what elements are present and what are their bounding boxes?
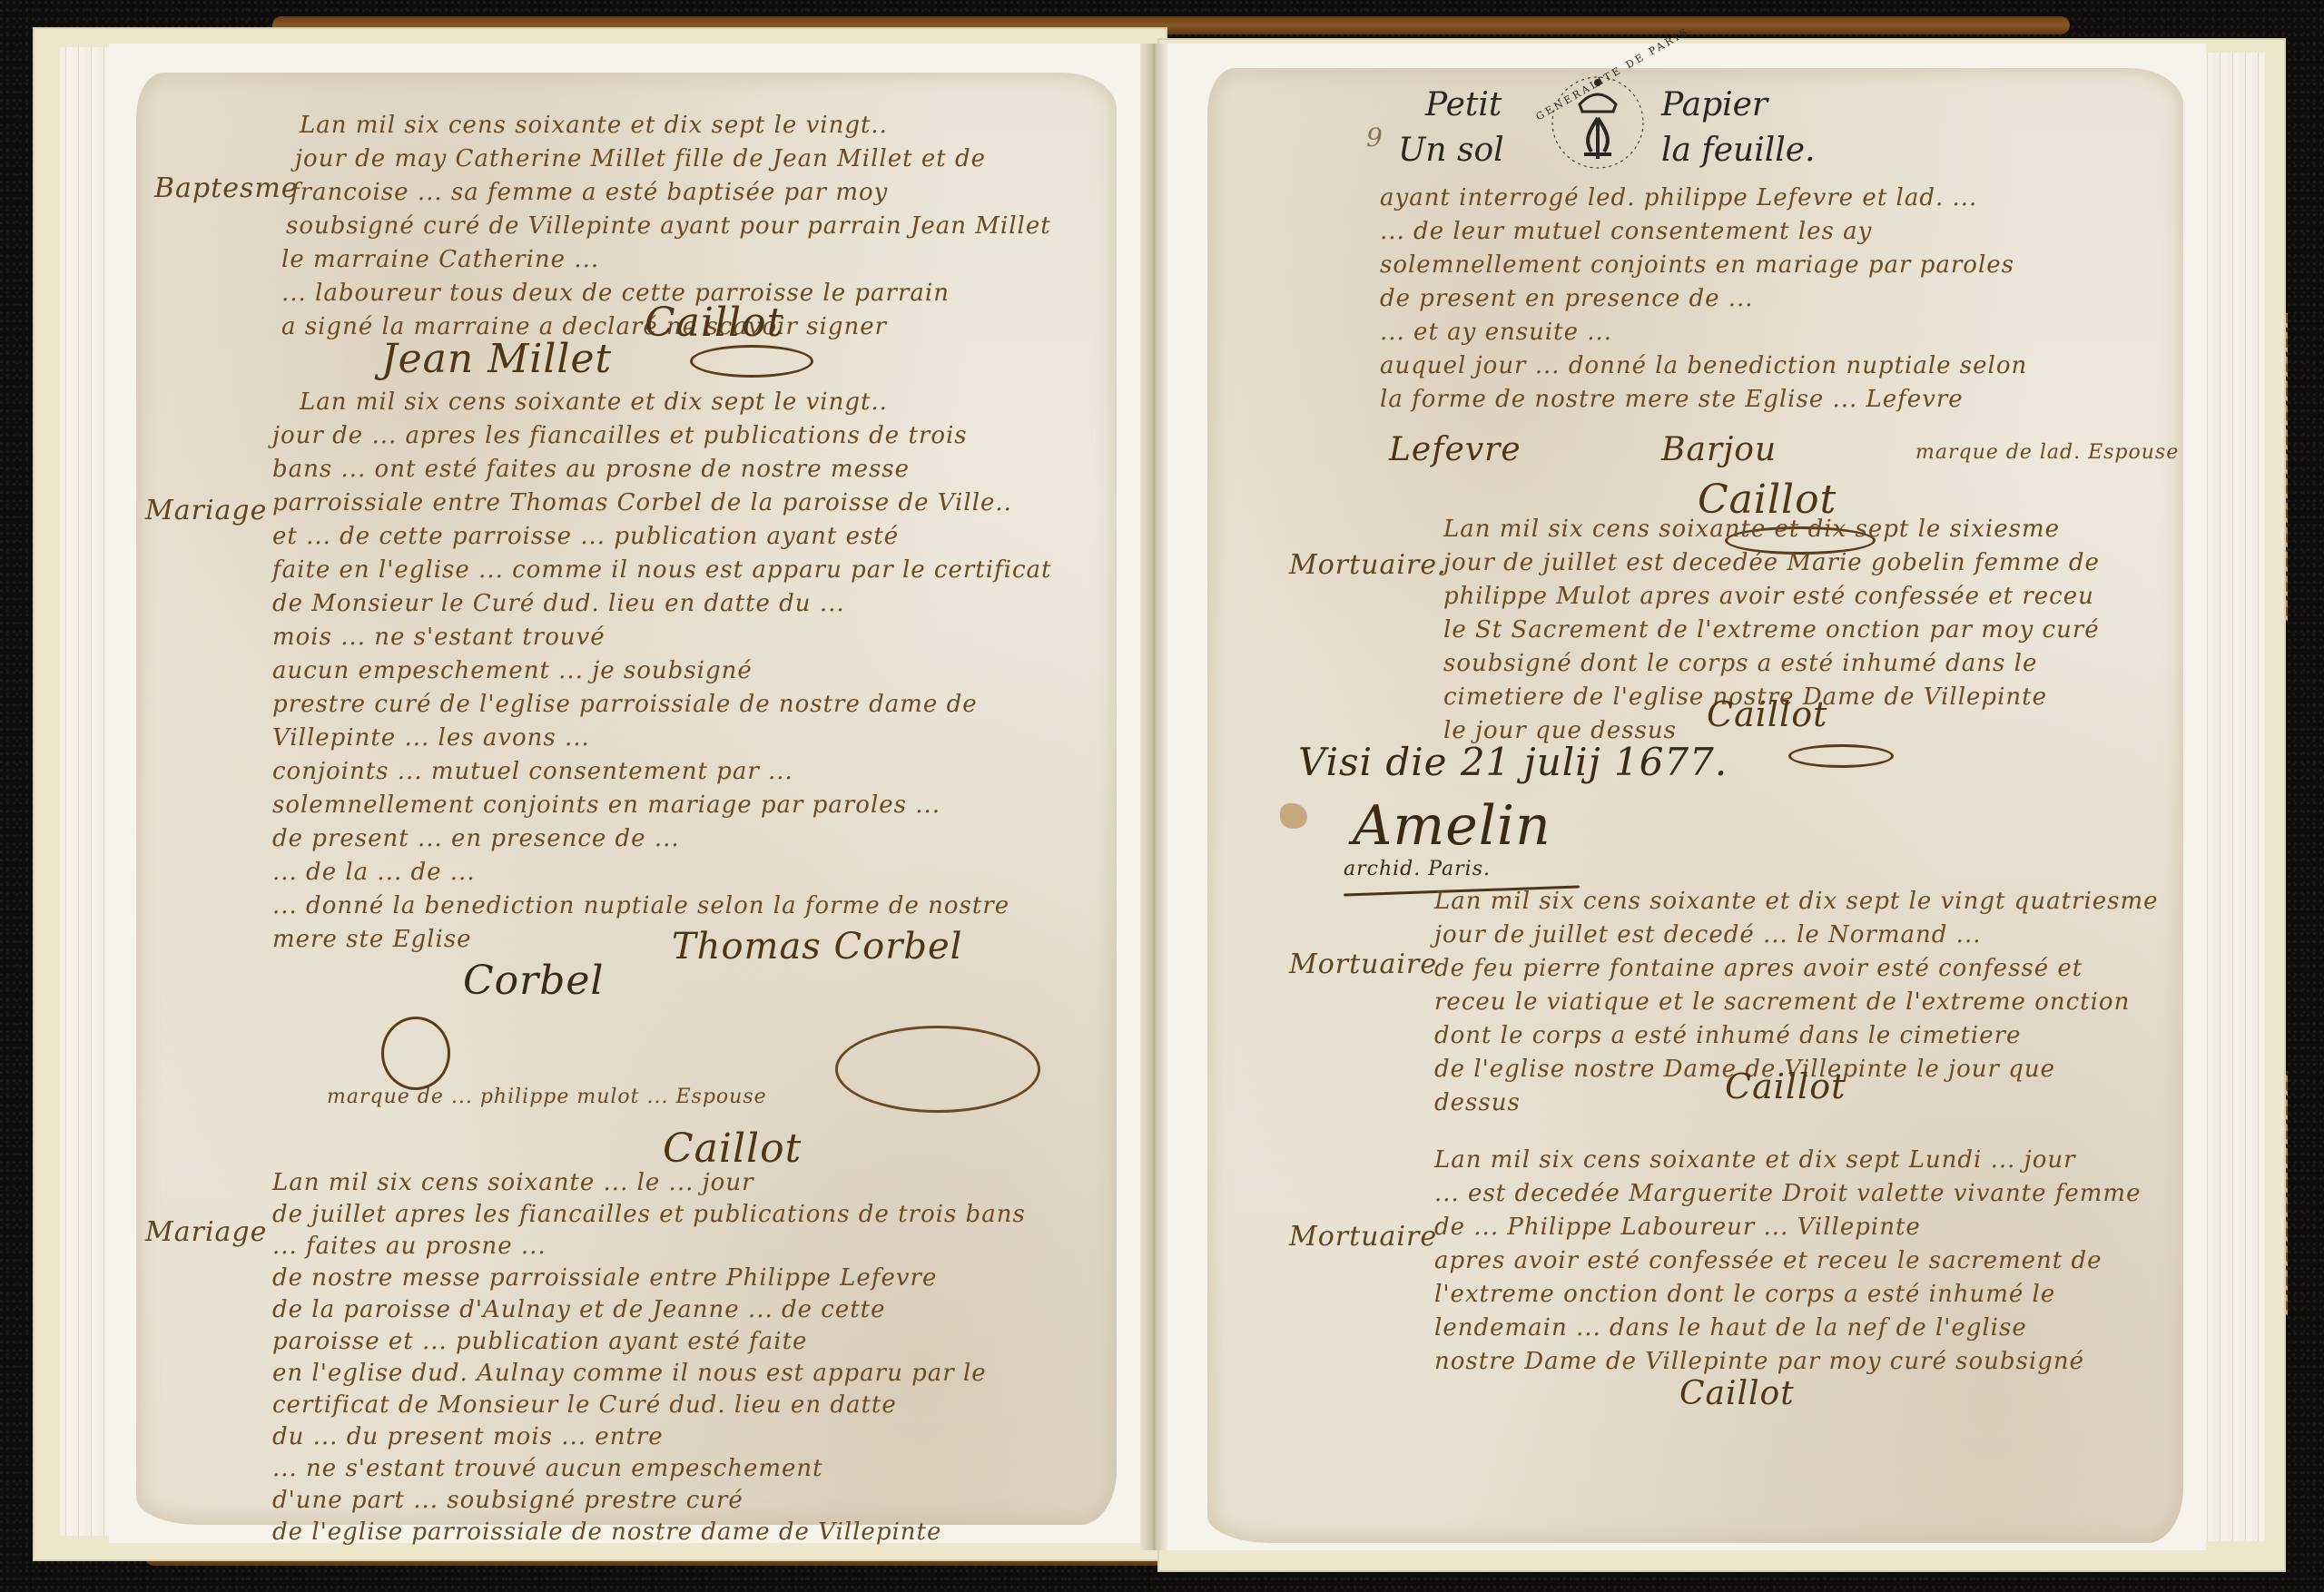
text-line: lendemain ... dans le haut de la nef de … [1434, 1312, 2027, 1345]
margin-label-mariage-2: Mariage [145, 1216, 267, 1248]
text-line: de l'eglise parroissiale de nostre dame … [272, 1516, 941, 1549]
text-line: ... et ay ensuite ... [1380, 316, 1612, 349]
text-line: le marraine Catherine ... [281, 243, 599, 277]
text-line: faite en l'eglise ... comme il nous est … [272, 554, 1052, 587]
book-gutter [1140, 44, 1167, 1550]
stamp-petit: Petit [1425, 86, 1502, 123]
folio-number: 9 [1366, 123, 1384, 152]
signature-caillot: Caillot [1725, 1066, 1846, 1106]
text-line: ... ne s'estant trouvé aucun empeschemen… [272, 1452, 823, 1486]
text-line: jour de ... apres les fiancailles et pub… [272, 419, 968, 453]
cross-mark-seal [381, 1017, 450, 1090]
text-line: soubsigné curé de Villepinte ayant pour … [286, 210, 1051, 243]
text-line: francoise ... sa femme a esté baptisée p… [290, 176, 888, 210]
margin-label-mortuaire: Mortuaire. [1289, 549, 1447, 581]
text-line: Lan mil six cens soixante et dix sept Lu… [1434, 1144, 2076, 1177]
text-line: le St Sacrement de l'extreme onction par… [1443, 614, 2100, 647]
visa-subtitle: archid. Paris. [1344, 858, 1491, 880]
text-line: Lan mil six cens soixante et dix sept le… [1434, 885, 2159, 919]
text-line: ... donné la benediction nuptiale selon … [272, 889, 1009, 923]
text-line: paroisse et ... publication ayant esté f… [272, 1325, 807, 1359]
text-line: de present ... en presence de ... [272, 822, 680, 856]
signature-caillot: Caillot [1707, 694, 1827, 734]
text-line: ... laboureur tous deux de cette parrois… [281, 277, 950, 310]
text-line: ... de la ... de ... [272, 856, 476, 889]
text-line: dessus [1434, 1086, 1521, 1120]
text-line: l'extreme onction dont le corps a esté i… [1434, 1278, 2055, 1312]
text-line: de la paroisse d'Aulnay et de Jeanne ...… [272, 1293, 886, 1327]
ink-stain [1280, 803, 1307, 829]
left-page-stack [60, 47, 110, 1536]
text-line: prestre curé de l'eglise parroissiale de… [272, 688, 978, 722]
mark-note: marque de lad. Espouse [1915, 436, 2179, 469]
text-line: de juillet apres les fiancailles et publ… [272, 1198, 1026, 1232]
margin-label-baptesme: Baptesme [154, 172, 299, 204]
signature-caillot: Caillot [1679, 1375, 1795, 1412]
text-line: bans ... ont esté faites au prosne de no… [272, 453, 910, 486]
signature-caillot: Caillot [663, 1125, 802, 1172]
text-line: auquel jour ... donné la benediction nup… [1380, 349, 2027, 383]
text-line: ... est decedée Marguerite Droit valette… [1434, 1177, 2141, 1211]
signature-thomas-corbel: Thomas Corbel [672, 926, 962, 968]
text-line: en l'eglise dud. Aulnay comme il nous es… [272, 1357, 987, 1391]
margin-label-mortuaire-2: Mortuaire [1289, 948, 1437, 980]
text-line: ... faites au prosne ... [272, 1230, 547, 1263]
text-line: receu le viatique et le sacrement de l'e… [1434, 986, 2130, 1019]
text-line: d'une part ... soubsigné prestre curé [272, 1484, 743, 1518]
signature-caillot: Caillot [645, 300, 783, 346]
stamp-un-sol: Un sol [1398, 132, 1504, 169]
right-page-stack [2201, 53, 2265, 1541]
stamp-la-feuille: la feuille. [1661, 132, 1816, 169]
text-line: solemnellement conjoints en mariage par … [1380, 249, 2014, 282]
margin-label-mariage: Mariage [145, 495, 267, 526]
text-line: conjoints ... mutuel consentement par ..… [272, 755, 793, 789]
signature-amelin: Amelin [1353, 794, 1551, 858]
right-manuscript-sheet: 9 Petit Papier Un sol la feuille. GENERA… [1207, 68, 2183, 1543]
text-line: Lan mil six cens soixante et dix sept le… [300, 109, 888, 142]
text-line: de nostre messe parroissiale entre Phili… [272, 1262, 937, 1295]
marks-note: marque de ... philippe mulot ... Espouse [327, 1080, 767, 1114]
signature-corbel: Corbel [463, 958, 604, 1004]
text-line: Lan mil six cens soixante et dix sept le… [300, 386, 888, 419]
text-line: la forme de nostre mere ste Eglise ... L… [1380, 383, 1964, 417]
margin-label-mortuaire-3: Mortuaire [1289, 1221, 1437, 1253]
text-line: nostre Dame de Villepinte par moy curé s… [1434, 1345, 2084, 1379]
text-line: jour de juillet est decedée Marie gobeli… [1443, 546, 2100, 580]
text-line: Lan mil six cens soixante et dix sept le… [1443, 513, 2060, 546]
flourish-signature [835, 1026, 1040, 1113]
text-line: soubsigné dont le corps a esté inhumé da… [1443, 647, 2037, 681]
visa-text: Visi die 21 julij 1677. [1298, 740, 1728, 784]
text-line: philippe Mulot apres avoir esté confessé… [1443, 580, 2094, 614]
text-line: Lan mil six cens soixante ... le ... jou… [272, 1166, 754, 1200]
text-line: parroissiale entre Thomas Corbel de la p… [272, 486, 1012, 520]
text-line: de ... Philippe Laboureur ... Villepinte [1434, 1211, 1921, 1244]
text-line: ayant interrogé led. philippe Lefevre et… [1380, 182, 1977, 215]
paraph-flourish [690, 345, 813, 378]
text-line: de Monsieur le Curé dud. lieu en datte d… [272, 587, 845, 621]
text-line: apres avoir esté confessée et receu le s… [1434, 1244, 2102, 1278]
text-line: solemnellement conjoints en mariage par … [272, 789, 940, 822]
text-line: aucun empeschement ... je soubsigné [272, 654, 753, 688]
left-manuscript-sheet: Baptesme Lan mil six cens soixante et di… [136, 73, 1117, 1525]
text-line: du ... du present mois ... entre [272, 1420, 664, 1454]
text-line: jour de may Catherine Millet fille de Je… [295, 142, 986, 176]
signature-barjou: Barjou [1661, 431, 1777, 468]
text-line: de present en presence de ... [1380, 282, 1754, 316]
text-line: dont le corps a esté inhumé dans le cime… [1434, 1019, 2021, 1053]
text-line: mere ste Eglise [272, 923, 472, 957]
text-line: et ... de cette parroisse ... publicatio… [272, 520, 899, 554]
text-line: certificat de Monsieur le Curé dud. lieu… [272, 1389, 897, 1422]
text-line: mois ... ne s'estant trouvé [272, 621, 606, 654]
text-line: de feu pierre fontaine apres avoir esté … [1434, 952, 2083, 986]
paraph-flourish [1788, 744, 1894, 768]
stamp-papier: Papier [1661, 86, 1768, 123]
text-line: jour de juillet est decedé ... le Norman… [1434, 919, 1981, 952]
signature-lefevre: Lefevre [1389, 431, 1521, 468]
signature-jean-millet: Jean Millet [381, 336, 612, 382]
text-line: ... de leur mutuel consentement les ay [1380, 215, 1872, 249]
text-line: Villepinte ... les avons ... [272, 722, 590, 755]
